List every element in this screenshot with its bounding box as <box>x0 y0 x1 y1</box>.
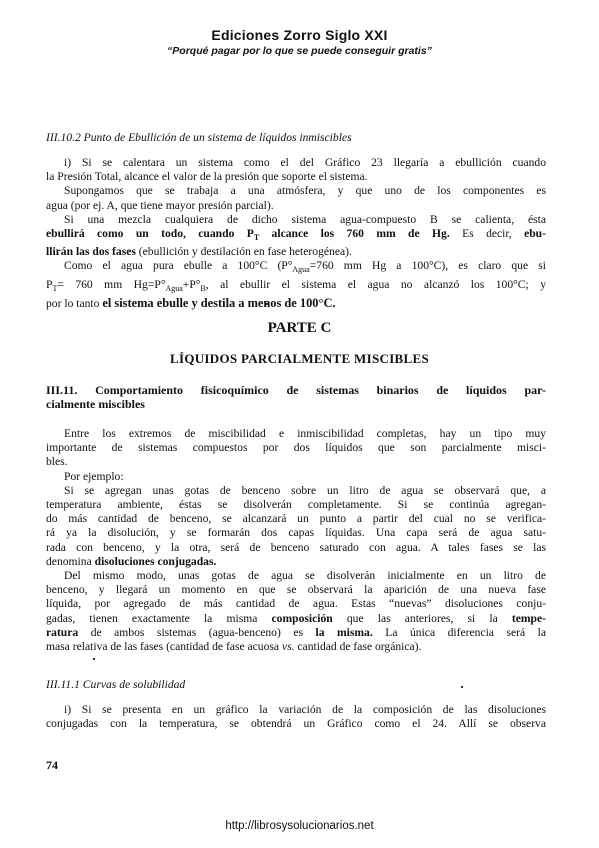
text-line: Si una mezcla cualquiera de dicho sistem… <box>46 213 546 227</box>
section-10-2-body: i) Si se calentara un sistema como el de… <box>46 156 546 311</box>
text-line: ratura de ambos sistemas (agua-benceno) … <box>46 626 546 640</box>
stray-mark <box>266 303 268 305</box>
text-line: masa relativa de las fases (cantidad de … <box>46 640 546 654</box>
footer-url: http://librosysolucionarios.net <box>0 820 599 832</box>
text-line: rá ya la disolución, y se formarán dos c… <box>46 526 546 540</box>
heading-line: cialmente miscibles <box>46 397 546 411</box>
text-line: i) Si se presenta en un gráfico la varia… <box>46 703 546 717</box>
page-header-title: Ediciones Zorro Siglo XXI <box>0 27 599 43</box>
text-line: gadas, tienen exactamente la misma compo… <box>46 612 546 626</box>
text-line: i) Si se calentara un sistema como el de… <box>46 156 546 170</box>
text-line: Por ejemplo: <box>46 470 546 484</box>
stray-mark <box>93 658 95 660</box>
text-line: PT= 760 mm Hg=P°Agua+P°B, al ebullir el … <box>46 278 546 296</box>
section-heading-10-2: III.10.2 Punto de Ebullición de un siste… <box>46 131 352 144</box>
text-line: Como el agua pura ebulle a 100°C (P°Agua… <box>46 259 546 277</box>
text-line: Supongamos que se trabaja a una atmósfer… <box>46 184 546 198</box>
section-heading-11-1: III.11.1 Curvas de solubilidad <box>46 678 185 691</box>
text-line: benceno, y llegará un momento en que se … <box>46 583 546 597</box>
text-line: Si se agregan unas gotas de benceno sobr… <box>46 484 546 498</box>
section-heading-11: III.11. Comportamiento fisicoquímico de … <box>46 383 546 411</box>
stray-mark <box>461 686 463 688</box>
heading-line: III.11. Comportamiento fisicoquímico de … <box>46 383 546 397</box>
text-line: por lo tanto el sistema ebulle y destila… <box>46 296 546 311</box>
text-line: Del mismo modo, unas gotas de agua se di… <box>46 569 546 583</box>
section-11-1-body: i) Si se presenta en un gráfico la varia… <box>46 703 546 731</box>
page-number: 74 <box>46 758 58 773</box>
text-line: denomina disoluciones conjugadas. <box>46 555 546 569</box>
text-line: temperatura ambiente, éstas se disolverá… <box>46 498 546 512</box>
text-line: la Presión Total, alcance el valor de la… <box>46 170 546 184</box>
page-header-slogan: “Porqué pagar por lo que se puede conseg… <box>0 45 599 57</box>
text-line: ebullirá como un todo, cuando PT alcance… <box>46 227 546 245</box>
text-line: importante de sistemas compuestos por do… <box>46 441 546 455</box>
text-line: bles. <box>46 455 546 469</box>
text-line: agua (por ej. A, que tiene mayor presión… <box>46 199 546 213</box>
bold-text: ebullirá como un todo, cuando PT alcance… <box>46 227 450 240</box>
text-line: Entre los extremos de miscibilidad e inm… <box>46 427 546 441</box>
part-subtitle: LÍQUIDOS PARCIALMENTE MISCIBLES <box>0 351 599 367</box>
text-line: do más cantidad de benceno, se alcanzará… <box>46 512 546 526</box>
part-title: PARTE C <box>0 320 599 337</box>
text-line: rada con benceno, y la otra, será de ben… <box>46 541 546 555</box>
text-line: líquida, por agregado de más cantidad de… <box>46 597 546 611</box>
text-line: llirán las dos fases (ebullición y desti… <box>46 245 546 259</box>
text-line: conjugadas con la temperatura, se obtend… <box>46 717 546 731</box>
section-11-body: Entre los extremos de miscibilidad e inm… <box>46 427 546 654</box>
